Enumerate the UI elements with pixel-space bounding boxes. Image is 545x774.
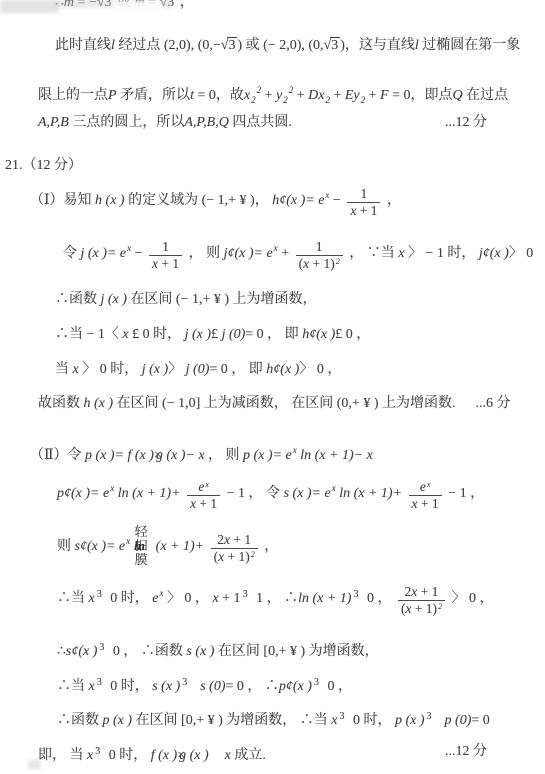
math-run: f (x ) [151, 748, 177, 763]
math-run: x [87, 748, 93, 763]
text-run: （Ⅰ）易知 [30, 193, 95, 208]
subscript: 2 [251, 95, 256, 105]
ln-label: ln [134, 539, 145, 553]
text-run: + [261, 88, 276, 103]
part1-line-j-increasing: ∴函数 j (x ) 在区间 (− 1,+ ¥ ) 上为增函数， [55, 290, 317, 310]
text-run: 1 [316, 239, 323, 254]
fraction-numerator: ex [409, 479, 442, 495]
text-run: ) 或 (− 2,0), (0, [237, 38, 323, 53]
math-run: s (x ) [152, 679, 180, 694]
math-run: Dx [308, 88, 324, 103]
text-run: （Ⅱ）令 [30, 448, 85, 463]
text-run: = 0 [471, 713, 489, 728]
text-run: ， [261, 539, 279, 554]
ge-symbol: 3 [314, 677, 319, 688]
fraction-numerator: 2x + 1 [398, 584, 445, 600]
ge-symbol: 3 [97, 677, 102, 688]
math-run: ln (x + 1) [298, 591, 351, 606]
math-run: j (x ) [185, 327, 211, 342]
fraction-numerator: ex [187, 479, 220, 495]
math-run: p¢(x ) [279, 679, 312, 694]
part2-line-p-def: （Ⅱ）令 p (x )= f (x )×g (x )− x ， 则 p (x )… [30, 440, 373, 466]
math-run: e [420, 479, 426, 494]
math-run: x [331, 713, 337, 728]
scan-artifact [112, 1, 162, 26]
ge-symbol: 3 [427, 711, 432, 722]
math-run: ln (x + 1)+ [336, 486, 406, 501]
radicand: 3 [330, 37, 340, 53]
exponent: x [427, 480, 431, 489]
math-run: Ey [345, 88, 360, 103]
text-run: 在过点 [463, 88, 509, 103]
part1-line-domain: （Ⅰ）易知 h (x ) 的定义域为 (− 1,+ ¥ )， h¢(x )= e… [30, 185, 401, 217]
math-run: h¢(x )= e [272, 193, 324, 208]
fraction-denominator: x + 1 [187, 495, 220, 512]
part1-line-case-neg: ∴当 − 1〈 x £ 0 时， j (x )£ j (0)= 0 ， 即 h¢… [55, 325, 370, 345]
text-run: ∴当 − 1〈 [55, 327, 122, 342]
ge-symbol: 3 [99, 642, 104, 653]
fraction-numerator: 1 [149, 239, 182, 255]
ge-symbol: 3 [340, 711, 345, 722]
exponent: x [205, 480, 209, 489]
text-run: 四点共圆. [229, 115, 292, 130]
math-run: x [244, 88, 250, 103]
text-run: )，这与直线 [340, 38, 415, 53]
text-run: ， [383, 193, 401, 208]
text-run: ， ∵当 [346, 246, 399, 261]
scan-artifact [28, 760, 41, 769]
text-run: = 0 ， 即 [209, 362, 266, 377]
fraction: 1x + 1 [149, 239, 182, 271]
part2-line-p-increasing: ∴函数 p (x ) 在区间 [0,+ ¥ ) 为增函数， ∴当 x3 0 时，… [57, 707, 490, 731]
text-run: + 1 [356, 203, 377, 218]
text-run: 0 ， ∴函数 [109, 644, 186, 659]
text-run: 三点的圆上，所以 [69, 115, 185, 130]
ge-symbol: 3 [97, 589, 102, 600]
fraction-denominator: (x + 1)2 [398, 600, 445, 617]
text-run: − 1 ， 令 [223, 486, 283, 501]
radical: √3 [221, 36, 238, 56]
exponent: 2 [438, 602, 442, 611]
math-run: A,P,B,Q [184, 115, 228, 130]
text-run: £ [211, 327, 222, 342]
text-run: + 1 [196, 496, 217, 511]
text-run: 〉 [168, 362, 186, 377]
exponent: 2 [336, 257, 340, 266]
text-run: ， 则 [205, 448, 244, 463]
math-run: g (x )− x [156, 448, 205, 463]
fraction: 1(x + 1)2 [296, 239, 343, 271]
fraction: exx + 1 [409, 479, 442, 511]
math-run: A,P,B [38, 115, 69, 130]
text-run: 在区间 [0,+ ¥ ) 为增函数， [214, 644, 378, 659]
math-run: h¢(x ) [302, 327, 335, 342]
text-run: + 1) [309, 256, 335, 271]
text-run: 1 ， ∴ [253, 591, 299, 606]
text-run: − 1 ， [445, 486, 484, 501]
part2-line-p-derivative: p¢(x )= ex ln (x + 1)+ exx + 1 − 1 ， 令 s… [57, 478, 484, 510]
text-run: 即， 当 [38, 748, 87, 763]
text-run: ∴当 [57, 591, 89, 606]
math-run: h¢(x ) [266, 362, 299, 377]
exponent: 2 [251, 550, 255, 559]
text-run: 0 ， [324, 679, 352, 694]
text-run: − [329, 193, 344, 208]
part2-line-inequalities: ∴当 x3 0 时， ex 〉 0 ， x + 13 1 ， ∴ln (x + … [57, 583, 494, 615]
text-run: ∴当 [57, 679, 89, 694]
text-run: 〉 0 ， [299, 362, 341, 377]
fraction-denominator: (x + 1)2 [296, 255, 343, 272]
text-run: 成立. [231, 748, 266, 763]
part1-line-j-def: 令 j (x )= ex − 1x + 1 ， 则 j¢(x )= ex + 1… [63, 238, 533, 270]
text-run: 2 [217, 532, 224, 547]
part2-line-final: 即， 当 x3 0 时， f (x )×g (x )x 成立....12 分 [38, 742, 266, 766]
part1-line-case-pos: 当 x 〉 0 时， j (x )〉 j (0)= 0 ， 即 h¢(x )〉 … [55, 360, 341, 380]
math-run: p (x )= f (x ) [85, 448, 154, 463]
text-run: + 1 [158, 256, 179, 271]
text-run: − [131, 246, 146, 261]
text-run: £ 0 ， [335, 327, 370, 342]
fraction-numerator: 2x + 1 [211, 532, 258, 548]
text-run: 〉 − 1 时， [404, 246, 478, 261]
text-run: + 1 [230, 532, 251, 547]
scan-artifact [0, 0, 58, 13]
math-run: s (x ) [186, 644, 214, 659]
math-run: e [152, 591, 158, 606]
fraction: 1x + 1 [347, 186, 380, 218]
text-run: ， 则 [185, 246, 224, 261]
text-run: + 1) [224, 549, 250, 564]
watermark-char: 膜 [133, 553, 149, 567]
text-run: 〉 0 ， [163, 591, 212, 606]
fraction-numerator: 1 [296, 239, 343, 255]
math-run: s¢(x ) [66, 644, 98, 659]
text-run: = 0 ， 即 [245, 327, 302, 342]
math-run: x [89, 679, 95, 694]
math-run: j¢(x ) [479, 246, 509, 261]
q21-header: 21.（12 分） [5, 156, 82, 176]
text-run: + 1 [417, 584, 438, 599]
text-run: 当 [55, 362, 73, 377]
math-run: y [276, 88, 282, 103]
radical: √3 [324, 36, 341, 56]
math-run: j (x ) [142, 362, 168, 377]
text-run: 1 [162, 239, 169, 254]
text-run: 〉 0 时， [79, 362, 142, 377]
text-run: = 0 ， ∴ [226, 679, 279, 694]
math-run: x [89, 591, 95, 606]
text-run: 的定义域为 (− 1,+ ¥ )， [125, 193, 273, 208]
ge-symbol: 3 [95, 746, 100, 757]
text-run: + 1) [411, 601, 437, 616]
text-run: 矛盾，所以 [117, 88, 191, 103]
prev-proof-line-2: 此时直线l 经过点 (2,0), (0,−√3) 或 (− 2,0), (0,√… [55, 36, 520, 56]
math-run: p (x ) [395, 713, 425, 728]
text-run: + [293, 88, 308, 103]
text-run: 在区间 [0,+ ¥ ) 为增函数， ∴当 [132, 713, 331, 728]
part2-line-s-derivative: 则 s¢(x )= ex轻抇膜ln (x + 1)+ 2x + 1(x + 1)… [57, 525, 278, 569]
text-run: 1 [361, 186, 368, 201]
prev-proof-line-3: 限上的一点P 矛盾，所以t = 0，故x22 + y22 + Dx2 + Ey2… [38, 80, 508, 110]
text-run: 令 [63, 246, 81, 261]
math-run: ln (x + 1)+ [114, 486, 184, 501]
math-run: s (0) [200, 679, 225, 694]
text-run: £ 0 时， [129, 327, 185, 342]
text-run: + [365, 88, 380, 103]
text-run: + [278, 246, 293, 261]
text-run: 0 时， [350, 713, 396, 728]
document-page: ∴m = −√3 或 m = √3 ，此时直线l 经过点 (2,0), (0,−… [0, 0, 545, 774]
radicand: 3 [227, 37, 237, 53]
fraction-denominator: x + 1 [149, 255, 182, 272]
text-run: + 1 [219, 591, 241, 606]
text-run: 在区间 (− 1,0] 上为减函数， 在区间 (0,+ ¥ ) 上为增函数. [113, 396, 455, 411]
fraction-denominator: (x + 1)2 [211, 548, 258, 565]
text-run: 0 时， [107, 679, 153, 694]
text-run: 此时直线 [55, 38, 111, 53]
text-run: ， [176, 0, 194, 10]
math-run: ln (x + 1)− x [297, 448, 373, 463]
math-run: j (0) [222, 327, 246, 342]
text-run: = 0，故 [194, 88, 244, 103]
text-run: 〉 0 [509, 246, 534, 261]
part2-line-s-increasing: ∴s¢(x )3 0 ， ∴函数 s (x ) 在区间 [0,+ ¥ ) 为增函… [57, 638, 379, 662]
text-run: 经过点 (2,0), (0,− [115, 38, 221, 53]
fraction-denominator: x + 1 [409, 495, 442, 512]
math-run: j (x ) [101, 292, 127, 307]
watermark-char: 轻 [133, 525, 149, 539]
math-run: e [198, 479, 204, 494]
prev-proof-line-4: A,P,B 三点的圆上，所以A,P,B,Q 四点共圆....12 分 [38, 113, 292, 133]
math-run: Q [452, 88, 462, 103]
times-overlap: × [154, 448, 162, 463]
watermark-overlap: 轻抇膜ln [133, 525, 149, 569]
ge-symbol: 3 [182, 677, 187, 688]
text-run: ∴函数 [57, 713, 103, 728]
math-run: j (x )= e [81, 246, 127, 261]
math-run: s¢(x )= e [75, 539, 126, 554]
math-run: F [380, 88, 389, 103]
math-run: p¢(x )= e [57, 486, 109, 501]
text-run: 过椭圆在第一象 [419, 38, 521, 53]
part1-line-conclusion: 故函数 h (x ) 在区间 (− 1,0] 上为减函数， 在区间 (0,+ ¥… [38, 394, 511, 414]
math-run: (x + 1)+ [152, 539, 207, 554]
fraction: exx + 1 [187, 479, 220, 511]
subscript: 2 [283, 95, 288, 105]
math-run: h (x ) [95, 193, 125, 208]
text-run: ...6 分 [476, 396, 511, 411]
math-run: p (0) [445, 713, 472, 728]
math-run: P [108, 88, 117, 103]
text-run: + [330, 88, 345, 103]
math-run: p (x )= e [243, 448, 292, 463]
text-run: 0 时， [105, 748, 151, 763]
score-label: ...12 分 [445, 742, 487, 762]
math-run: p (x ) [103, 713, 133, 728]
fraction: 2x + 1(x + 1)2 [398, 584, 445, 616]
ge-symbol: 3 [353, 589, 358, 600]
math-run: s (x )= e [284, 486, 331, 501]
text-run: ∴ [57, 644, 66, 659]
text-run: 在区间 (− 1,+ ¥ ) 上为增函数， [127, 292, 317, 307]
times-overlap: × [177, 748, 185, 763]
text-run: + 1 [418, 496, 439, 511]
fraction-numerator: 1 [347, 186, 380, 202]
part2-line-s-positive: ∴当 x3 0 时， s (x )3s (0)= 0 ， ∴p¢(x )3 0 … [57, 673, 352, 697]
exponent: x [126, 536, 130, 546]
text-run: = 0，即点 [389, 88, 453, 103]
text-run: 0 ， [363, 591, 395, 606]
text-run: 〉 0 ， [448, 591, 494, 606]
math-run: j¢(x )= e [224, 246, 273, 261]
text-run: 0 时， [107, 591, 153, 606]
text-run: ∴函数 [55, 292, 101, 307]
ge-symbol: 3 [243, 589, 248, 600]
text-run: 21.（12 分） [5, 158, 82, 173]
math-run: h (x ) [84, 396, 114, 411]
math-run: j (0) [186, 362, 210, 377]
score-label: ...12 分 [445, 113, 487, 133]
text-run: 故函数 [38, 396, 84, 411]
fraction-denominator: x + 1 [347, 202, 380, 219]
text-run: 则 [57, 539, 75, 554]
fraction: 2x + 1(x + 1)2 [211, 532, 258, 564]
text-run: 限上的一点 [38, 88, 108, 103]
